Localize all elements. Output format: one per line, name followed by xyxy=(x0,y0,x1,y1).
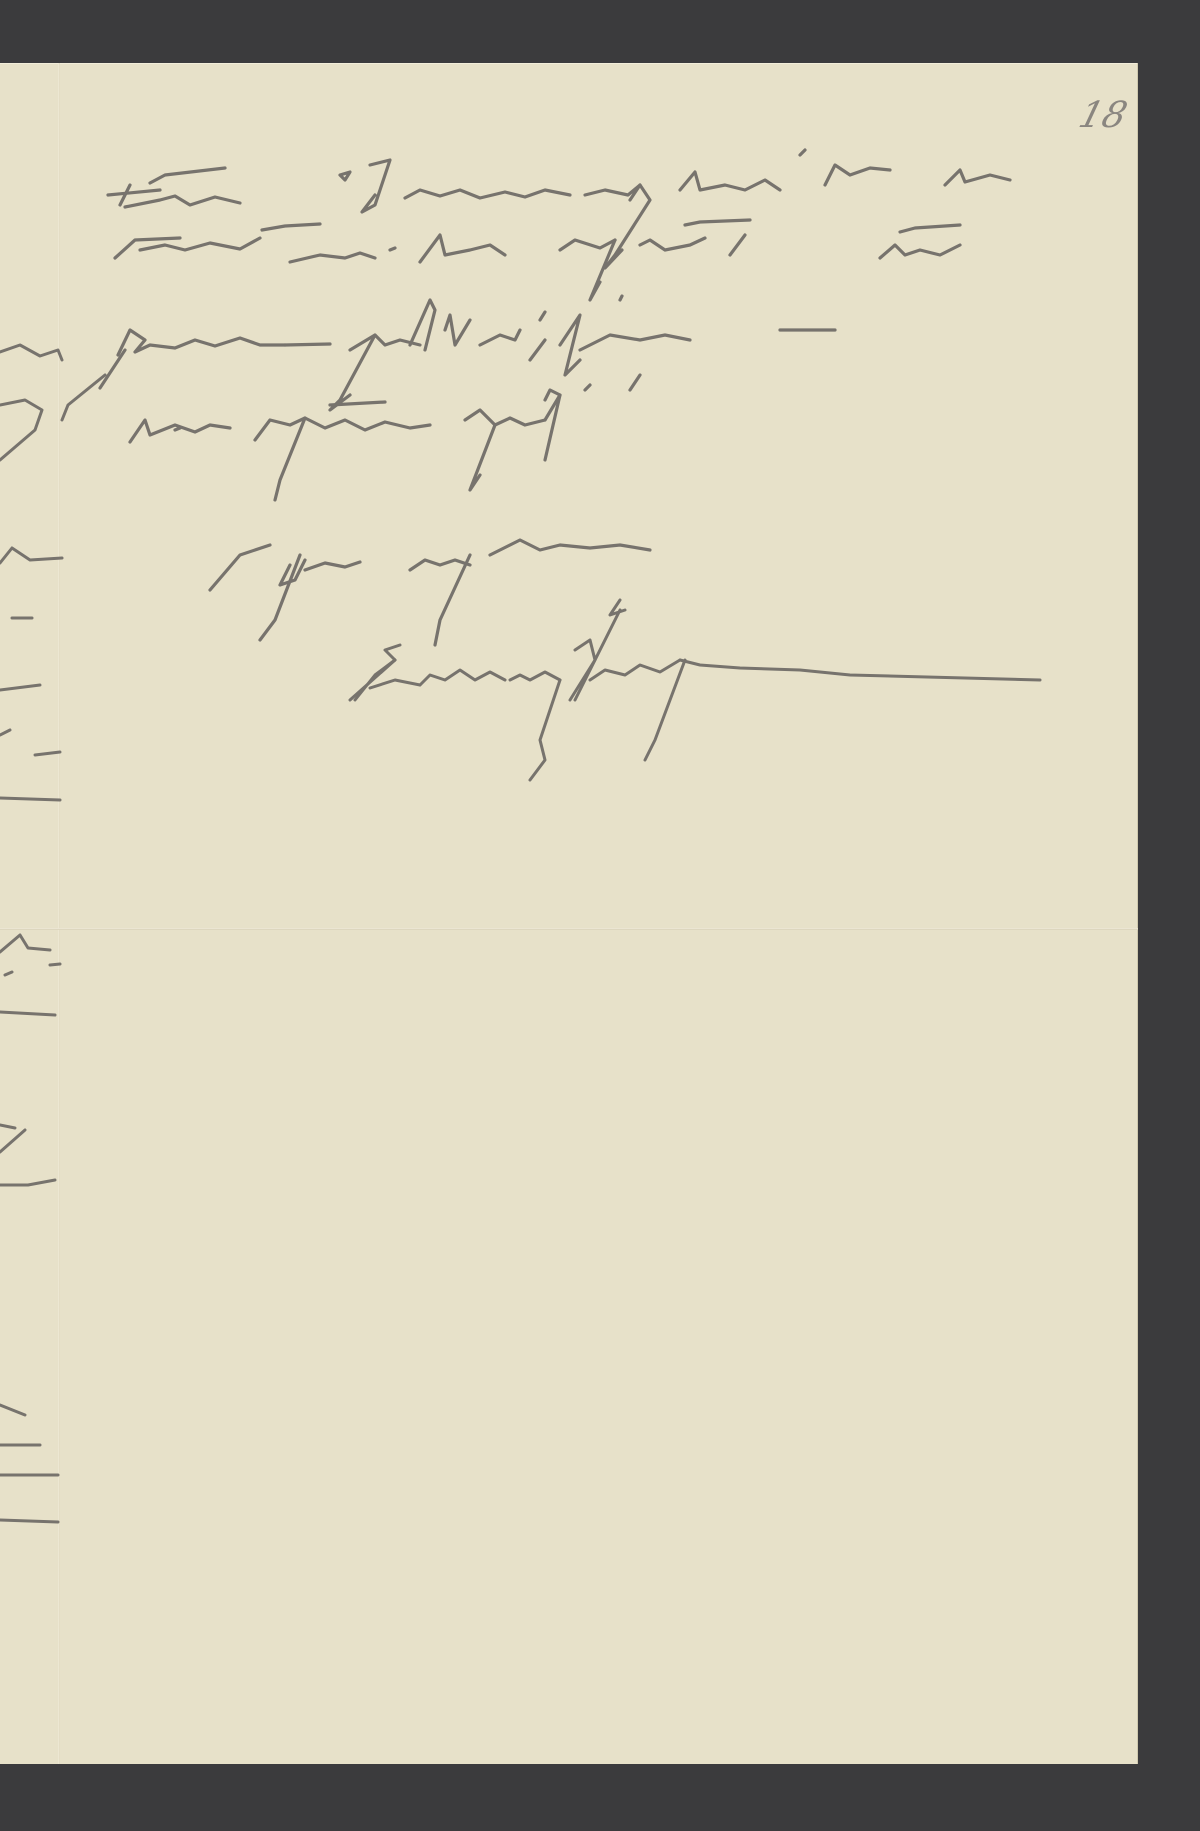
handwritten-line-3 xyxy=(100,296,835,410)
facing-page-fragments xyxy=(0,345,105,1522)
handwriting-strokes xyxy=(0,0,1200,1831)
handwritten-line-5 xyxy=(210,540,650,645)
handwritten-line-2 xyxy=(115,220,960,300)
signature-hedwig-heyl xyxy=(350,600,1040,780)
